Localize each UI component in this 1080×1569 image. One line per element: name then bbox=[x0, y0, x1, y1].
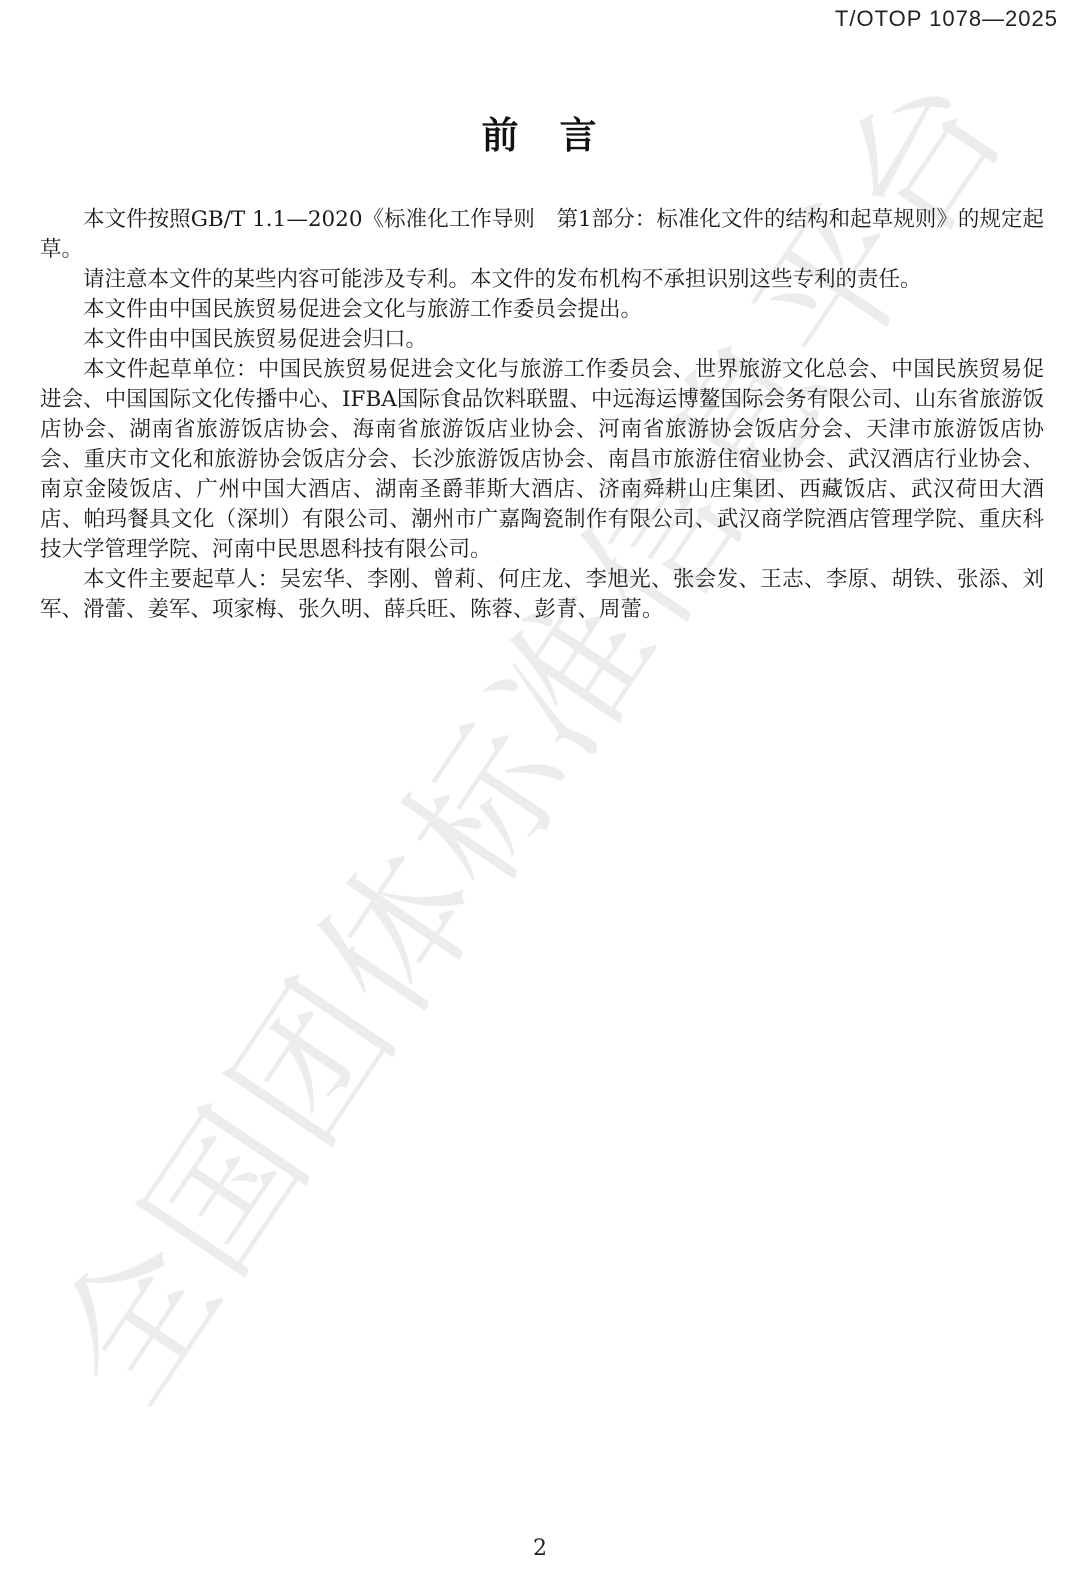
paragraph-drafting-basis: 本文件按照GB/T 1.1—2020《标准化工作导则 第1部分：标准化文件的结构… bbox=[40, 205, 1044, 265]
paragraph-proposed-by: 本文件由中国民族贸易促进会文化与旅游工作委员会提出。 bbox=[40, 295, 1044, 325]
page-title: 前 言 bbox=[0, 105, 1080, 159]
paragraph-main-drafters: 本文件主要起草人：吴宏华、李刚、曾莉、何庄龙、李旭光、张会发、王志、李原、胡铁、… bbox=[40, 565, 1044, 625]
page-number: 2 bbox=[0, 1536, 1080, 1561]
paragraph-patent-notice: 请注意本文件的某些内容可能涉及专利。本文件的发布机构不承担识别这些专利的责任。 bbox=[40, 265, 1044, 295]
standard-number: T/OTOP 1078—2025 bbox=[835, 6, 1058, 32]
paragraph-drafting-organizations: 本文件起草单位：中国民族贸易促进会文化与旅游工作委员会、世界旅游文化总会、中国民… bbox=[40, 355, 1044, 565]
foreword-body: 本文件按照GB/T 1.1—2020《标准化工作导则 第1部分：标准化文件的结构… bbox=[40, 205, 1044, 625]
paragraph-centralized-by: 本文件由中国民族贸易促进会归口。 bbox=[40, 325, 1044, 355]
document-page: 全国团体标准信息平台 T/OTOP 1078—2025 前 言 本文件按照GB/… bbox=[0, 0, 1080, 1569]
